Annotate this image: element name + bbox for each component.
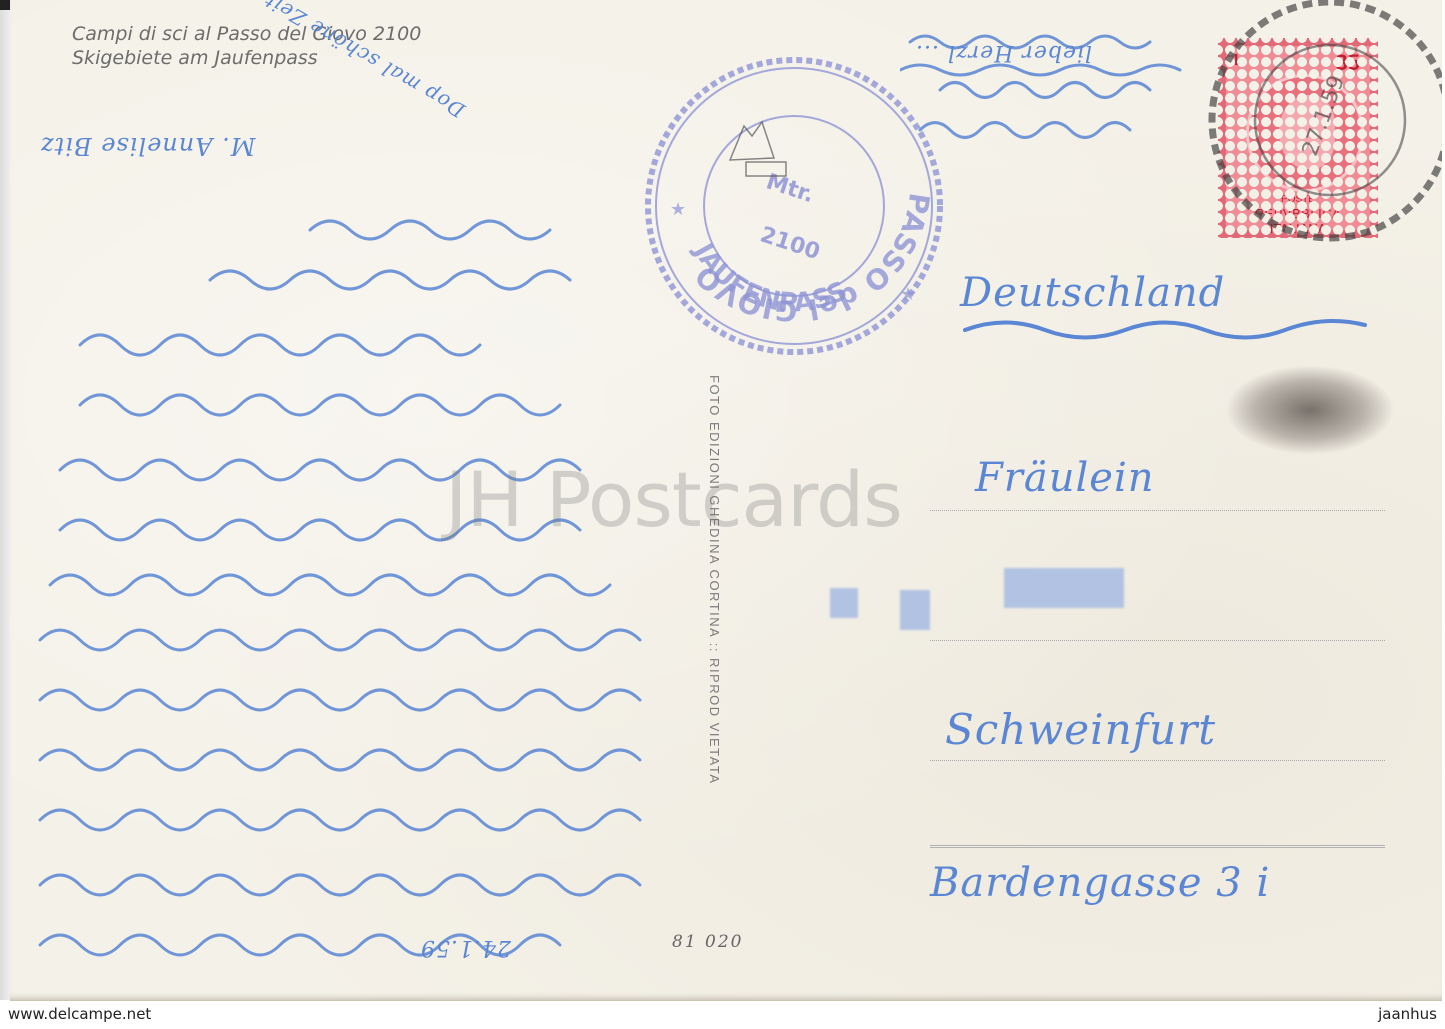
caption-italian: Campi di sci al Passo del Giovo 2100 xyxy=(72,22,421,46)
card-number: 81 020 xyxy=(672,932,743,952)
stamp-currency: L xyxy=(1234,52,1244,70)
publisher-imprint: FOTO EDIZIONI GHEDINA CORTINA :: RIPROD … xyxy=(707,375,722,785)
stamp-repubblica: REPVBBLICA xyxy=(1226,206,1370,221)
address-line-1 xyxy=(930,510,1385,511)
stamp-value: 35 xyxy=(1336,50,1360,76)
address-side-scribble xyxy=(900,30,1200,170)
address-line-3 xyxy=(930,760,1385,761)
cachet-inner-altitude: 2100 xyxy=(757,222,823,265)
ink-smudge xyxy=(1225,365,1395,455)
redacted-name xyxy=(900,590,930,630)
stamp-poste: POSTE xyxy=(1226,194,1370,205)
svg-text:★: ★ xyxy=(670,199,686,219)
address-line-4 xyxy=(930,845,1385,848)
message-scribble xyxy=(20,170,700,980)
redacted-name xyxy=(1004,568,1124,608)
address-city: Schweinfurt xyxy=(945,705,1216,754)
watermark: JH Postcards xyxy=(445,455,902,544)
address-line-2 xyxy=(930,640,1385,641)
country-underline xyxy=(960,310,1380,340)
message-signature: M. Annelise Bitz xyxy=(40,132,255,160)
stamp-portrait-icon xyxy=(1246,74,1364,192)
address-recipient: Fräulein xyxy=(975,455,1155,501)
address-street: Bardengasse 3 i xyxy=(930,860,1270,906)
footer-source: www.delcampe.net xyxy=(8,1005,151,1023)
postage-stamp: L 35 POSTE REPVBBLICA ITALIANA xyxy=(1218,38,1378,238)
redacted-name xyxy=(830,588,858,618)
footer-seller: jaanhus xyxy=(1378,1005,1437,1023)
stamp-italiana: ITALIANA xyxy=(1226,221,1370,236)
svg-text:★: ★ xyxy=(900,284,916,304)
scan-edge xyxy=(0,0,10,1000)
message-date: 24.1.59 xyxy=(420,935,511,960)
